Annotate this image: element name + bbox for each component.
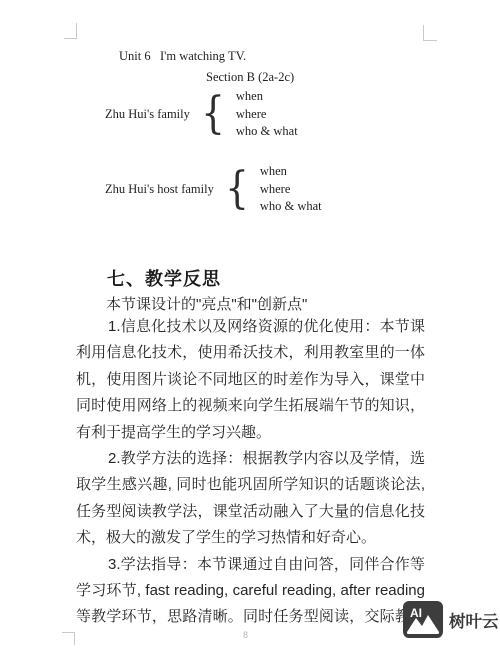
watermark-brand-label: 树叶云 xyxy=(449,608,499,632)
image-icon: AI xyxy=(403,601,443,638)
watermark: AI 树叶云 xyxy=(403,601,499,638)
margin-mark-top-right xyxy=(423,25,437,41)
margin-mark-bottom-left xyxy=(62,632,75,645)
body-line: 学习环节, fast reading, careful reading, aft… xyxy=(76,578,425,604)
body-line: 3.学法指导：本节课通过自由问答，同伴合作等 xyxy=(76,552,425,578)
outline-item-when: when xyxy=(236,88,298,106)
body-line: 任务型阅读教学法，课堂活动融入了大量的信息化技 xyxy=(76,499,425,525)
left-brace: { xyxy=(201,89,225,139)
outline-items: when where who & what xyxy=(260,163,322,216)
body-line: 有利于提高学生的学习兴趣。 xyxy=(76,420,425,446)
section-heading-teaching-reflection: 七、教学反思 xyxy=(107,265,221,291)
left-brace: { xyxy=(225,164,249,214)
icon-text-ai: AI xyxy=(410,606,422,620)
section-label: Section B (2a-2c) xyxy=(206,70,294,85)
document-page: Unit 6 I'm watching TV. Section B (2a-2c… xyxy=(0,0,500,653)
outline-group-zhu-hui-host-family: Zhu Hui's host family { when where who &… xyxy=(105,163,322,216)
body-line: 1.信息化技术以及网络资源的优化使用：本节课 xyxy=(76,314,425,340)
body-line: 等教学环节，思路清晰。同时任务型阅读，交际教学 xyxy=(76,604,425,630)
body-line: 同时使用网络上的视频来向学生拓展端午节的知识， xyxy=(76,393,425,419)
body-line: 术，极大的激发了学生的学习热情和好奇心。 xyxy=(76,525,425,551)
margin-mark-top-left xyxy=(64,23,77,39)
outline-item-where: where xyxy=(260,181,322,199)
unit-title: Unit 6 I'm watching TV. xyxy=(119,49,246,64)
body-line: 利用信息化技术，使用希沃技术，利用教室里的一体 xyxy=(76,340,425,366)
body-line: 2.教学方法的选择：根据教学内容以及学情，选 xyxy=(76,446,425,472)
outline-group-zhu-hui-family: Zhu Hui's family { when where who & what xyxy=(105,88,298,141)
body-line: 取学生感兴趣, 同时也能巩固所学知识的话题谈论法, xyxy=(76,472,425,498)
page-number: 8 xyxy=(243,630,248,640)
outline-item-where: where xyxy=(236,106,298,124)
outline-item-who-what: who & what xyxy=(236,123,298,141)
outline-label: Zhu Hui's family xyxy=(105,107,190,122)
section-subheading: 本节课设计的"亮点"和"创新点" xyxy=(106,293,307,314)
body-line: 机，使用图片谈论不同地区的时差作为导入，课堂中 xyxy=(76,367,425,393)
outline-items: when where who & what xyxy=(236,88,298,141)
outline-label: Zhu Hui's host family xyxy=(105,182,214,197)
outline-item-when: when xyxy=(260,163,322,181)
outline-item-who-what: who & what xyxy=(260,198,322,216)
reflection-body: 1.信息化技术以及网络资源的优化使用：本节课 利用信息化技术，使用希沃技术，利用… xyxy=(76,314,425,631)
